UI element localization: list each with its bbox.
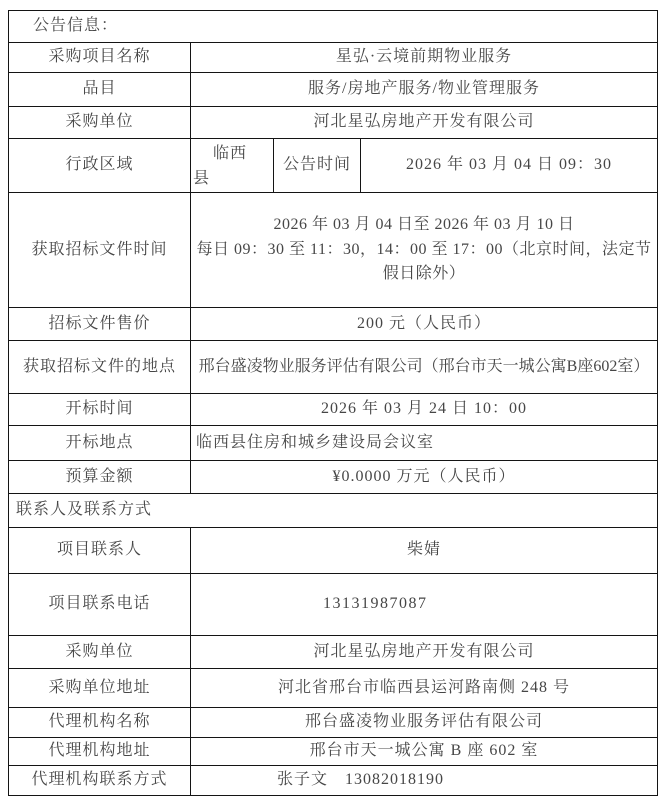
row-section-contacts: 联系人及联系方式 bbox=[9, 494, 658, 528]
contact-phone-label: 项目联系电话 bbox=[9, 574, 191, 636]
row-agency-name: 代理机构名称 邢台盛凌物业服务评估有限公司 bbox=[9, 708, 658, 738]
doc-time-line1: 2026 年 03 月 04 日至 2026 年 03 月 10 日 bbox=[193, 213, 655, 238]
agency-name-label: 代理机构名称 bbox=[9, 708, 191, 738]
open-time-label: 开标时间 bbox=[9, 394, 191, 426]
contact-person-label: 项目联系人 bbox=[9, 528, 191, 574]
contacts-purchaser-label: 采购单位 bbox=[9, 636, 191, 669]
purchaser-label: 采购单位 bbox=[9, 107, 191, 139]
row-doc-place: 获取招标文件的地点 邢台盛凌物业服务评估有限公司（邢台市天一城公寓B座602室） bbox=[9, 341, 658, 394]
row-open-place: 开标地点 临西县住房和城乡建设局会议室 bbox=[9, 426, 658, 461]
row-project-name: 采购项目名称 星弘·云境前期物业服务 bbox=[9, 43, 658, 73]
purchaser-address-label: 采购单位地址 bbox=[9, 669, 191, 708]
region-label: 行政区域 bbox=[9, 139, 191, 193]
contact-person-value: 柴婧 bbox=[191, 528, 658, 574]
open-place-value: 临西县住房和城乡建设局会议室 bbox=[191, 426, 658, 461]
row-open-time: 开标时间 2026 年 03 月 24 日 10：00 bbox=[9, 394, 658, 426]
doc-time-label: 获取招标文件时间 bbox=[9, 193, 191, 308]
row-doc-time: 获取招标文件时间 2026 年 03 月 04 日至 2026 年 03 月 1… bbox=[9, 193, 658, 308]
contacts-section-title: 联系人及联系方式 bbox=[9, 494, 658, 528]
doc-price-label: 招标文件售价 bbox=[9, 308, 191, 341]
contact-phone-value: 13131987087 bbox=[191, 574, 658, 636]
category-value: 服务/房地产服务/物业管理服务 bbox=[191, 73, 658, 107]
budget-value: ¥0.0000 万元（人民币） bbox=[191, 461, 658, 494]
doc-time-line2: 每日 09：30 至 11：30，14：00 至 17：00（北京时间，法定节假… bbox=[193, 238, 655, 288]
region-value-text: 临西县 bbox=[193, 141, 255, 191]
row-budget: 预算金额 ¥0.0000 万元（人民币） bbox=[9, 461, 658, 494]
announcement-table: 公告信息： 采购项目名称 星弘·云境前期物业服务 品目 服务/房地产服务/物业管… bbox=[8, 10, 658, 796]
row-agency-address: 代理机构地址 邢台市天一城公寓 B 座 602 室 bbox=[9, 738, 658, 766]
agency-contact-value: 张子文 13082018190 bbox=[191, 766, 658, 796]
row-region-publish-time: 行政区域 临西县 公告时间 2026 年 03 月 04 日 09：30 bbox=[9, 139, 658, 193]
row-purchaser-address: 采购单位地址 河北省邢台市临西县运河路南侧 248 号 bbox=[9, 669, 658, 708]
row-purchaser: 采购单位 河北星弘房地产开发有限公司 bbox=[9, 107, 658, 139]
doc-place-label: 获取招标文件的地点 bbox=[9, 341, 191, 394]
region-value: 临西县 bbox=[191, 139, 274, 193]
doc-price-value: 200 元（人民币） bbox=[191, 308, 658, 341]
doc-place-value: 邢台盛凌物业服务评估有限公司（邢台市天一城公寓B座602室） bbox=[191, 341, 658, 394]
doc-time-value: 2026 年 03 月 04 日至 2026 年 03 月 10 日 每日 09… bbox=[191, 193, 658, 308]
contacts-purchaser-value: 河北星弘房地产开发有限公司 bbox=[191, 636, 658, 669]
row-category: 品目 服务/房地产服务/物业管理服务 bbox=[9, 73, 658, 107]
row-section-announcement: 公告信息： bbox=[9, 11, 658, 43]
agency-contact-label: 代理机构联系方式 bbox=[9, 766, 191, 796]
open-place-label: 开标地点 bbox=[9, 426, 191, 461]
category-label: 品目 bbox=[9, 73, 191, 107]
publish-time-value: 2026 年 03 月 04 日 09：30 bbox=[361, 139, 658, 193]
row-contact-phone: 项目联系电话 13131987087 bbox=[9, 574, 658, 636]
purchaser-value: 河北星弘房地产开发有限公司 bbox=[191, 107, 658, 139]
budget-label: 预算金额 bbox=[9, 461, 191, 494]
project-name-label: 采购项目名称 bbox=[9, 43, 191, 73]
agency-name-value: 邢台盛凌物业服务评估有限公司 bbox=[191, 708, 658, 738]
row-agency-contact: 代理机构联系方式 张子文 13082018190 bbox=[9, 766, 658, 796]
publish-time-label: 公告时间 bbox=[274, 139, 361, 193]
agency-address-value: 邢台市天一城公寓 B 座 602 室 bbox=[191, 738, 658, 766]
announcement-section-title: 公告信息： bbox=[9, 11, 658, 43]
open-time-value: 2026 年 03 月 24 日 10：00 bbox=[191, 394, 658, 426]
agency-address-label: 代理机构地址 bbox=[9, 738, 191, 766]
purchaser-address-value: 河北省邢台市临西县运河路南侧 248 号 bbox=[191, 669, 658, 708]
row-doc-price: 招标文件售价 200 元（人民币） bbox=[9, 308, 658, 341]
row-contacts-purchaser: 采购单位 河北星弘房地产开发有限公司 bbox=[9, 636, 658, 669]
row-contact-person: 项目联系人 柴婧 bbox=[9, 528, 658, 574]
project-name-value: 星弘·云境前期物业服务 bbox=[191, 43, 658, 73]
